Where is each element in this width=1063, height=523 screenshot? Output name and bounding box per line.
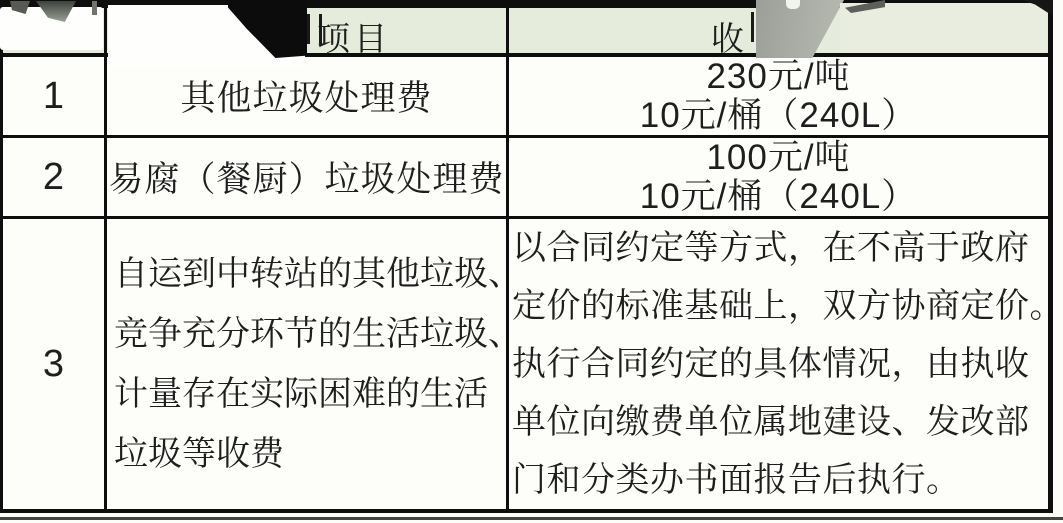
table-row: 2 易腐（餐厨）垃圾处理费 100元/吨 10元/桶（240L） [2, 137, 1051, 218]
item-line: 垃圾等收费 [107, 424, 506, 484]
row-number-cell: 2 [2, 137, 106, 218]
fee-line: 10元/桶（240L） [509, 177, 1048, 216]
fee-cell: 230元/吨 10元/桶（240L） [508, 55, 1051, 137]
table-row: 3 自运到中转站的其他垃圾、 竞争充分环节的生活垃圾、 计量存在实际困难的生活 … [2, 218, 1051, 512]
bottom-rule-line [0, 517, 1063, 520]
fee-line: 定价的标准基础上，双方协商定价。 [509, 277, 1048, 335]
obscured-glyph-fragment [307, 14, 322, 44]
fee-line: 单位向缴费单位属地建设、发改部 [509, 393, 1048, 451]
table-row: 1 其他垃圾处理费 230元/吨 10元/桶（240L） [2, 55, 1051, 137]
fee-cell: 100元/吨 10元/桶（240L） [508, 137, 1051, 218]
item-line: 竞争充分环节的生活垃圾、 [107, 304, 506, 364]
smudge-mark [92, 1, 97, 15]
scanned-fee-table-page: 项目 收 1 其他垃圾处理费 230元/吨 10元/桶（240L） 2 易腐（餐… [0, 0, 1063, 523]
fee-table: 项目 收 1 其他垃圾处理费 230元/吨 10元/桶（240L） 2 易腐（餐… [0, 0, 1053, 513]
fee-cell: 以合同约定等方式，在不高于政府 定价的标准基础上，双方协商定价。 执行合同约定的… [508, 218, 1051, 512]
fee-line: 门和分类办书面报告后执行。 [509, 451, 1048, 509]
fee-line: 230元/吨 [509, 57, 1048, 96]
fee-line: 执行合同约定的具体情况，由执收 [509, 335, 1048, 393]
item-line: 计量存在实际困难的生活 [107, 364, 506, 424]
row-number-cell: 1 [2, 55, 106, 137]
header-fee-label: 收 [711, 13, 748, 55]
row-number-cell: 3 [2, 218, 106, 512]
header-item-label: 项目 [317, 13, 391, 55]
item-line: 自运到中转站的其他垃圾、 [107, 244, 506, 304]
censor-blob-white [840, 3, 1046, 53]
border-notch [786, 0, 800, 9]
fee-line: 100元/吨 [509, 138, 1048, 177]
item-cell: 其他垃圾处理费 [106, 55, 508, 137]
item-cell: 易腐（餐厨）垃圾处理费 [106, 137, 508, 218]
fee-line: 10元/桶（240L） [509, 96, 1048, 135]
item-cell: 自运到中转站的其他垃圾、 竞争充分环节的生活垃圾、 计量存在实际困难的生活 垃圾… [106, 218, 508, 512]
fee-line: 以合同约定等方式，在不高于政府 [509, 219, 1048, 277]
